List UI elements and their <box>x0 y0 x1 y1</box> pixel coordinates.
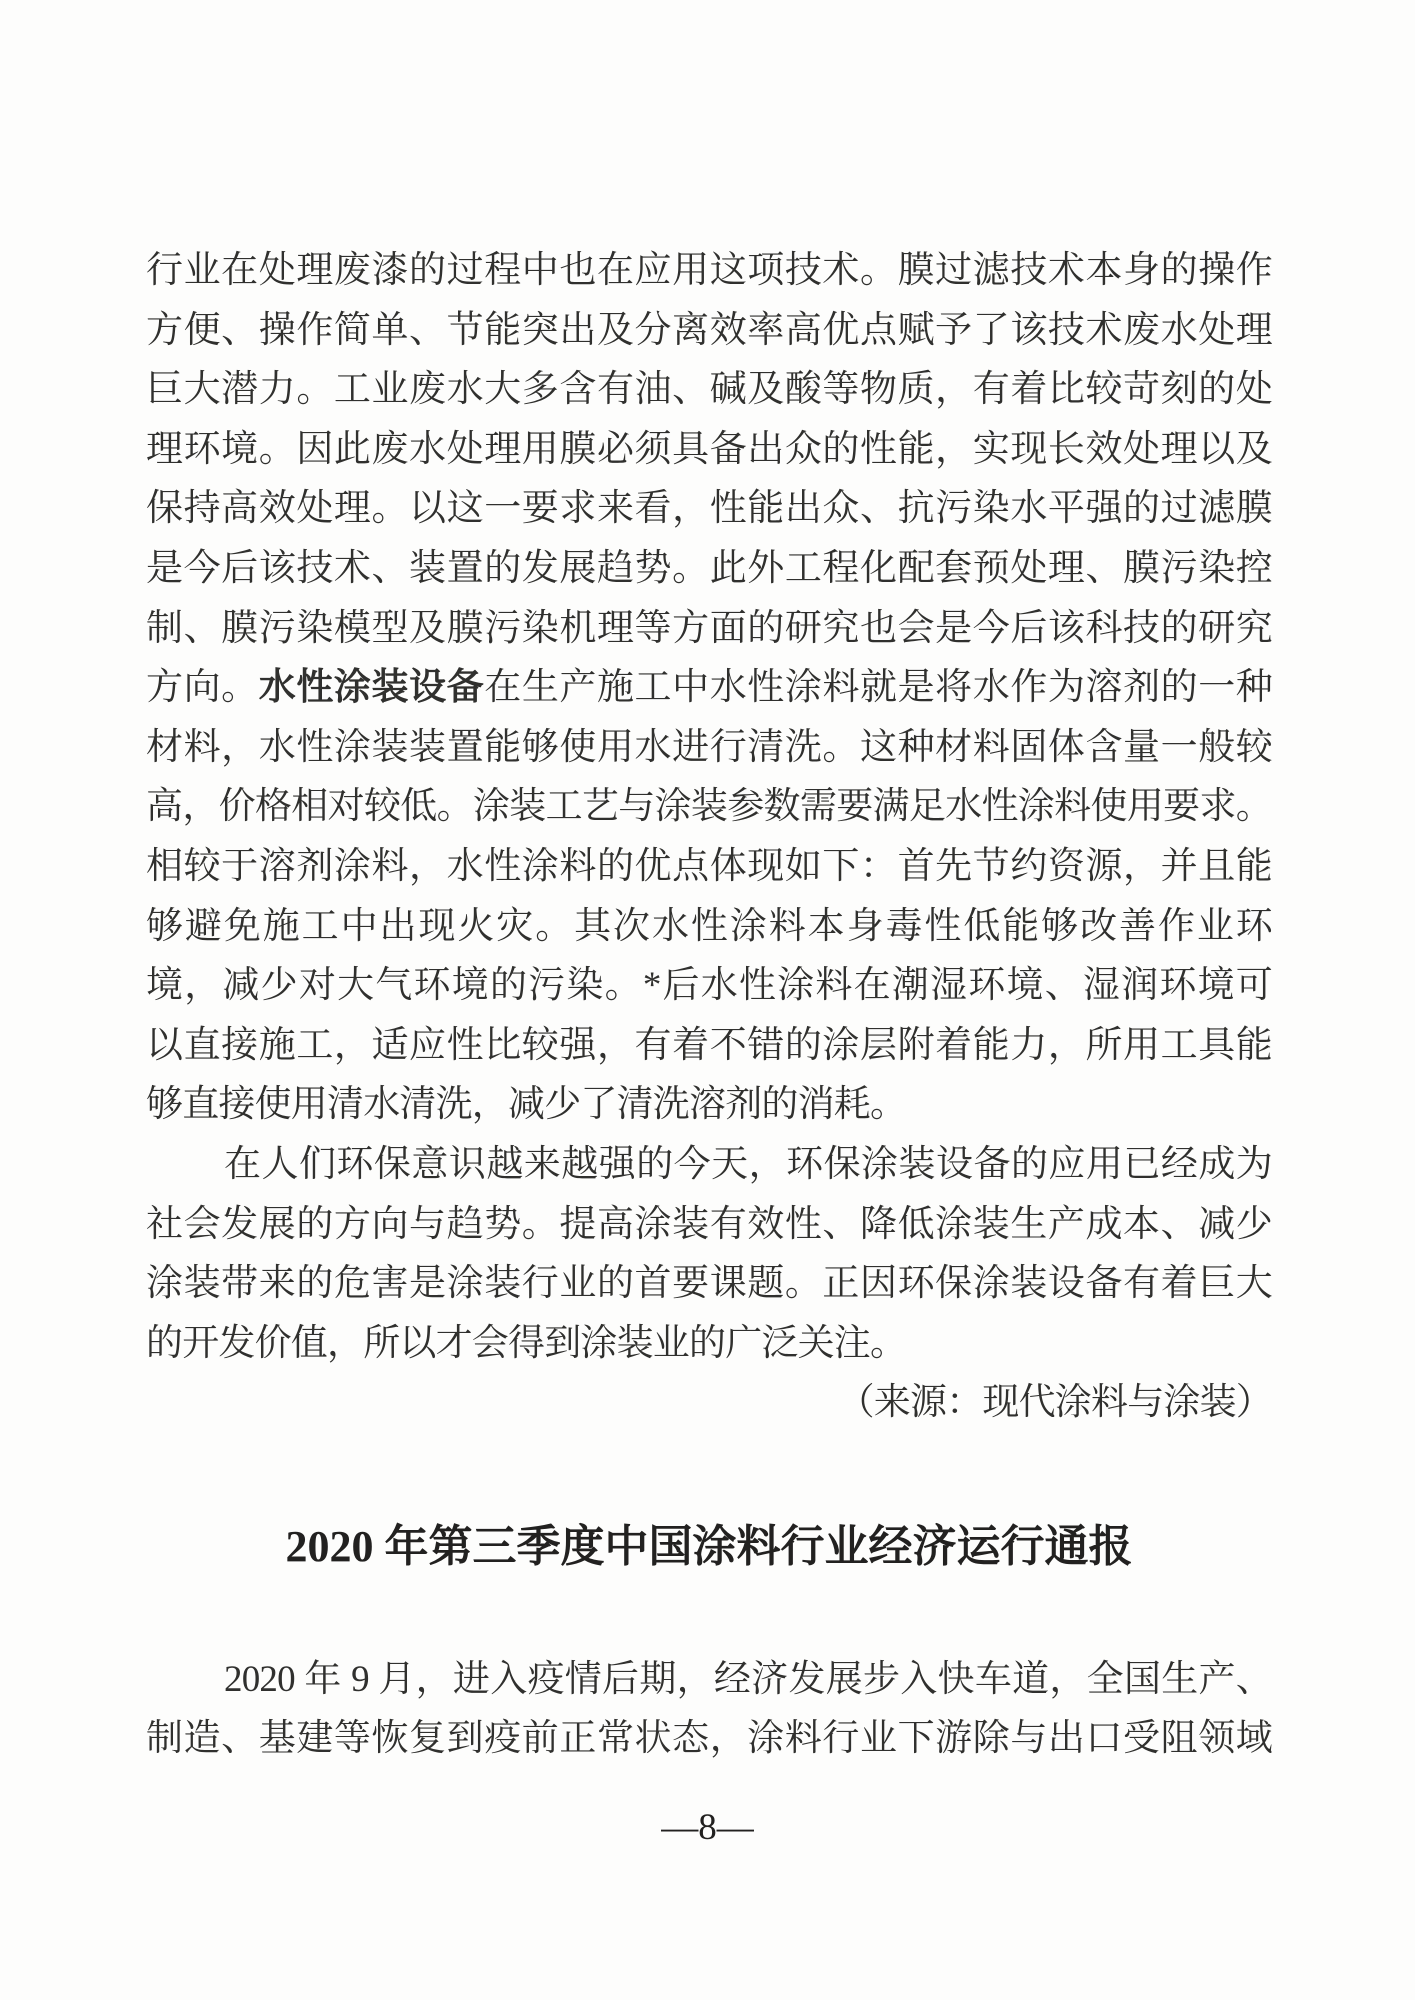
body-line: 高，价格相对较低。涂装工艺与涂装参数需要满足水性涂料使用要求。 <box>146 777 1272 837</box>
paragraph-last-line: 够直接使用清水清洗，减少了清洗溶剂的消耗。 <box>146 1075 1272 1135</box>
paragraph-conclusion: 在人们环保意识越来越强的今天，环保涂装设备的应用已经成为 社会发展的方向与趋势。… <box>146 1135 1272 1373</box>
body-line: 够避免施工中出现火灾。其次水性涂料本身毒性低能够改善作业环 <box>146 897 1272 957</box>
body-line: 材料，水性涂装装置能够使用水进行清洗。这种材料固体含量一般较 <box>146 718 1272 778</box>
article-environmental-coating-equipment: 行业在处理废漆的过程中也在应用这项技术。膜过滤技术本身的操作方便、操作简单、节能… <box>146 241 1272 1433</box>
paragraph-intro: 2020 年 9 月，进入疫情后期，经济发展步入快车道，全国生产、 制造、基建等… <box>146 1650 1272 1769</box>
bold-line-prefix: 方向。 <box>146 667 259 708</box>
bold-term-waterborne-coating-equipment: 水性涂装设备 <box>259 667 484 708</box>
article-q3-2020-coatings-industry-report: 2020 年第三季度中国涂料行业经济运行通报 2020 年 9 月，进入疫情后期… <box>146 1516 1272 1769</box>
body-line: 方便、操作简单、节能突出及分离效率高优点赋予了该技术废水处理 <box>146 301 1272 361</box>
paragraph-lines: 制造、基建等恢复到疫前正常状态，涂料行业下游除与出口受阻领域 <box>146 1709 1272 1769</box>
source-attribution: （来源：现代涂料与涂装） <box>146 1373 1272 1433</box>
body-line: 保持高效处理。以这一要求来看，性能出众、抗污染水平强的过滤膜 <box>146 479 1272 539</box>
page-content: 行业在处理废漆的过程中也在应用这项技术。膜过滤技术本身的操作方便、操作简单、节能… <box>146 241 1272 1769</box>
paragraph-first-line: 2020 年 9 月，进入疫情后期，经济发展步入快车道，全国生产、 <box>146 1650 1272 1710</box>
body-line: 制造、基建等恢复到疫前正常状态，涂料行业下游除与出口受阻领域 <box>146 1709 1272 1769</box>
body-line: 是今后该技术、装置的发展趋势。此外工程化配套预处理、膜污染控 <box>146 539 1272 599</box>
body-line: 以直接施工，适应性比较强，有着不错的涂层附着能力，所用工具能 <box>146 1016 1272 1076</box>
body-line-with-bold-term: 方向。水性涂装设备在生产施工中水性涂料就是将水作为溶剂的一种 <box>146 658 1272 718</box>
paragraph-first-line: 在人们环保意识越来越强的今天，环保涂装设备的应用已经成为 <box>146 1135 1272 1195</box>
paragraph-lines: 社会发展的方向与趋势。提高涂装有效性、降低涂装生产成本、减少涂装带来的危害是涂装… <box>146 1195 1272 1314</box>
body-line: 制、膜污染模型及膜污染机理等方面的研究也会是今后该科技的研究 <box>146 599 1272 659</box>
body-line: 巨大潜力。工业废水大多含有油、碱及酸等物质，有着比较苛刻的处 <box>146 360 1272 420</box>
body-line: 相较于溶剂涂料，水性涂料的优点体现如下：首先节约资源，并且能 <box>146 837 1272 897</box>
body-line: 境，减少对大气环境的污染。*后水性涂料在潮湿环境、湿润环境可 <box>146 956 1272 1016</box>
paragraph-lines: 材料，水性涂装装置能够使用水进行清洗。这种材料固体含量一般较高，价格相对较低。涂… <box>146 718 1272 1076</box>
bold-line-suffix: 在生产施工中水性涂料就是将水作为溶剂的一种 <box>484 667 1272 708</box>
body-line: 理环境。因此废水处理用膜必须具备出众的性能，实现长效处理以及 <box>146 420 1272 480</box>
body-line: 行业在处理废漆的过程中也在应用这项技术。膜过滤技术本身的操作 <box>146 241 1272 301</box>
paragraph-last-line: 的开发价值，所以才会得到涂装业的广泛关注。 <box>146 1314 1272 1374</box>
body-line: 社会发展的方向与趋势。提高涂装有效性、降低涂装生产成本、减少 <box>146 1195 1272 1255</box>
paragraph-continued-from-previous-page: 行业在处理废漆的过程中也在应用这项技术。膜过滤技术本身的操作方便、操作简单、节能… <box>146 241 1272 1135</box>
article-title: 2020 年第三季度中国涂料行业经济运行通报 <box>146 1516 1272 1578</box>
page-number: —8— <box>0 1806 1415 1850</box>
body-line: 涂装带来的危害是涂装行业的首要课题。正因环保涂装设备有着巨大 <box>146 1254 1272 1314</box>
paragraph-lines: 行业在处理废漆的过程中也在应用这项技术。膜过滤技术本身的操作方便、操作简单、节能… <box>146 241 1272 658</box>
scanned-document-page: 行业在处理废漆的过程中也在应用这项技术。膜过滤技术本身的操作方便、操作简单、节能… <box>0 0 1415 2000</box>
